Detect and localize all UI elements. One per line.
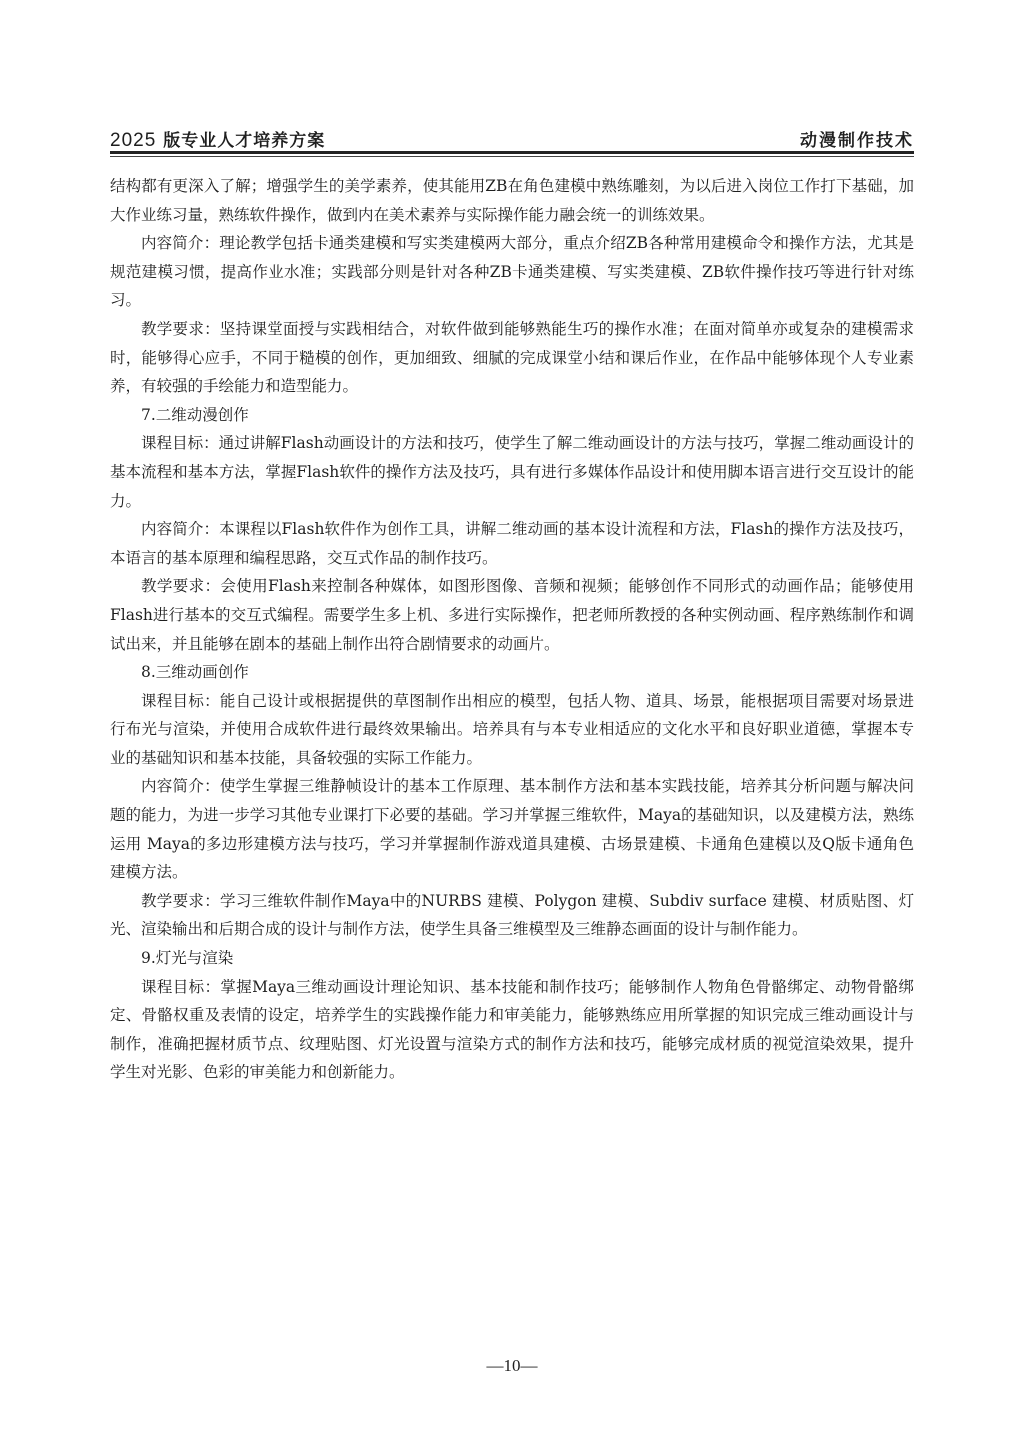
page-body: 结构都有更深入了解；增强学生的美学素养，使其能用ZB在角色建模中熟练雕刻，为以后… xyxy=(110,172,914,1087)
section-heading-2d-animation: 7.二维动漫创作 xyxy=(110,401,914,430)
header-rule-thick xyxy=(110,151,914,154)
continuation-paragraph: 结构都有更深入了解；增强学生的美学素养，使其能用ZB在角色建模中熟练雕刻，为以后… xyxy=(110,172,914,229)
header-rule-thin xyxy=(110,156,914,157)
document-title: 2025 版专业人才培养方案 xyxy=(110,126,325,152)
course-content-paragraph: 内容简介：使学生掌握三维静帧设计的基本工作原理、基本制作方法和基本实践技能，培养… xyxy=(110,772,914,886)
course-requirements-paragraph: 教学要求：会使用Flash来控制各种媒体，如图形图像、音频和视频；能够创作不同形… xyxy=(110,572,914,658)
zb-content-paragraph: 内容简介：理论教学包括卡通类建模和写实类建模两大部分，重点介绍ZB各种常用建模命… xyxy=(110,229,914,315)
section-heading-3d-animation: 8.三维动画创作 xyxy=(110,658,914,687)
header-year: 2025 xyxy=(110,130,156,151)
zb-requirements-paragraph: 教学要求：坚持课堂面授与实践相结合，对软件做到能够熟能生巧的操作水准；在面对简单… xyxy=(110,315,914,401)
page-number: —10— xyxy=(0,1356,1024,1376)
course-requirements-paragraph: 教学要求：学习三维软件制作Maya中的NURBS 建模、Polygon 建模、S… xyxy=(110,887,914,944)
course-content-paragraph: 内容简介：本课程以Flash软件作为创作工具，讲解二维动画的基本设计流程和方法，… xyxy=(110,515,914,572)
course-goal-paragraph: 课程目标：能自己设计或根据提供的草图制作出相应的模型，包括人物、道具、场景，能根… xyxy=(110,687,914,773)
section-heading-lighting-rendering: 9.灯光与渲染 xyxy=(110,944,914,973)
page-header: 2025 版专业人才培养方案 动漫制作技术 xyxy=(110,126,914,152)
major-name: 动漫制作技术 xyxy=(800,126,914,151)
course-goal-paragraph: 课程目标：掌握Maya三维动画设计理论知识、基本技能和制作技巧；能够制作人物角色… xyxy=(110,973,914,1087)
course-goal-paragraph: 课程目标：通过讲解Flash动画设计的方法和技巧，使学生了解二维动画设计的方法与… xyxy=(110,429,914,515)
header-title: 版专业人才培养方案 xyxy=(163,131,325,151)
